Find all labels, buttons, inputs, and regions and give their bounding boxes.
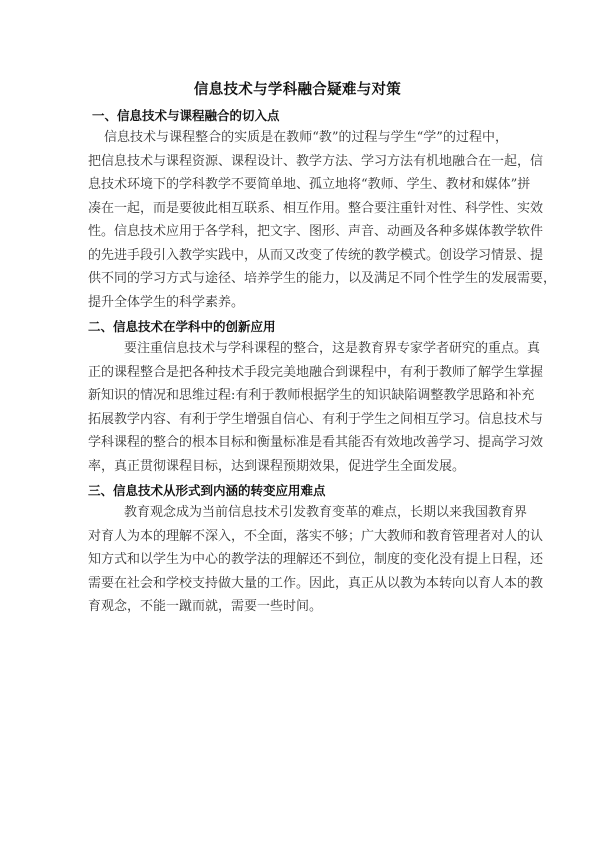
section-3-heading: 三、信息技术从形式到内涵的转变应用难点 [88, 481, 326, 499]
paragraph-line: 信息技术与课程整合的实质是在教师“教”的过程与学生“学”的过程中， [88, 126, 508, 150]
document-title: 信息技术与学科融合疑难与对策 [0, 78, 595, 99]
section-2-paragraph: 要注重信息技术与学科课程的整合，这是教育界专家学者研究的重点。真 正的课程整合是… [88, 337, 508, 478]
section-1-heading: 一、信息技术与课程融合的切入点 [92, 106, 280, 124]
paragraph-line: 育观念，不能一蹴而就，需要一些时间。 [88, 595, 508, 619]
section-2-heading: 二、信息技术在学科中的创新应用 [88, 317, 276, 335]
paragraph-line: 把信息技术与课程资源、课程设计、教学方法、学习方法有机地融合在一起，信 [88, 150, 508, 174]
paragraph-line: 率，真正贯彻课程目标，达到课程预期效果，促进学生全面发展。 [88, 455, 508, 479]
document-page: 信息技术与学科融合疑难与对策 一、信息技术与课程融合的切入点 信息技术与课程整合… [0, 0, 595, 842]
paragraph-line: 拓展教学内容、有利于学生增强自信心、有利于学生之间相互学习。信息技术与 [88, 408, 508, 432]
paragraph-line: 新知识的情况和思维过程:有利于教师根据学生的知识缺陷调整教学思路和补充 [88, 384, 508, 408]
section-3-paragraph: 教育观念成为当前信息技术引发教育变革的难点，长期以来我国教育界 对育人为本的理解… [88, 501, 508, 619]
paragraph-line: 性。信息技术应用于各学科，把文字、图形、声音、动画及各种多媒体教学软件 [88, 220, 508, 244]
paragraph-line: 知方式和以学生为中心的教学法的理解还不到位，制度的变化没有提上日程，还 [88, 548, 508, 572]
paragraph-line: 息技术环境下的学科教学不要简单地、孤立地将“教师、学生、教材和媒体”拼 [88, 173, 508, 197]
paragraph-line: 提升全体学生的科学素养。 [88, 291, 508, 315]
paragraph-line: 学科课程的整合的根本目标和衡量标准是看其能否有效地改善学习、提高学习效 [88, 431, 508, 455]
paragraph-line: 教育观念成为当前信息技术引发教育变革的难点，长期以来我国教育界 [88, 501, 508, 525]
paragraph-line: 的先进手段引入教学实践中，从而又改变了传统的教学模式。创设学习情景、提 [88, 244, 508, 268]
paragraph-line: 需要在社会和学校支持做大量的工作。因此，真正从以教为本转向以育人本的教 [88, 572, 508, 596]
paragraph-line: 正的课程整合是把各种技术手段完美地融合到课程中，有利于教师了解学生掌握 [88, 361, 508, 385]
paragraph-line: 对育人为本的理解不深入，不全面，落实不够；广大教师和教育管理者对人的认 [88, 525, 508, 549]
paragraph-line: 凑在一起，而是要彼此相互联系、相互作用。整合要注重针对性、科学性、实效 [88, 197, 508, 221]
section-1-paragraph: 信息技术与课程整合的实质是在教师“教”的过程与学生“学”的过程中， 把信息技术与… [88, 126, 508, 314]
paragraph-line: 供不同的学习方式与途径、培养学生的能力，以及满足不同个性学生的发展需要， [88, 267, 508, 291]
paragraph-line: 要注重信息技术与学科课程的整合，这是教育界专家学者研究的重点。真 [88, 337, 508, 361]
